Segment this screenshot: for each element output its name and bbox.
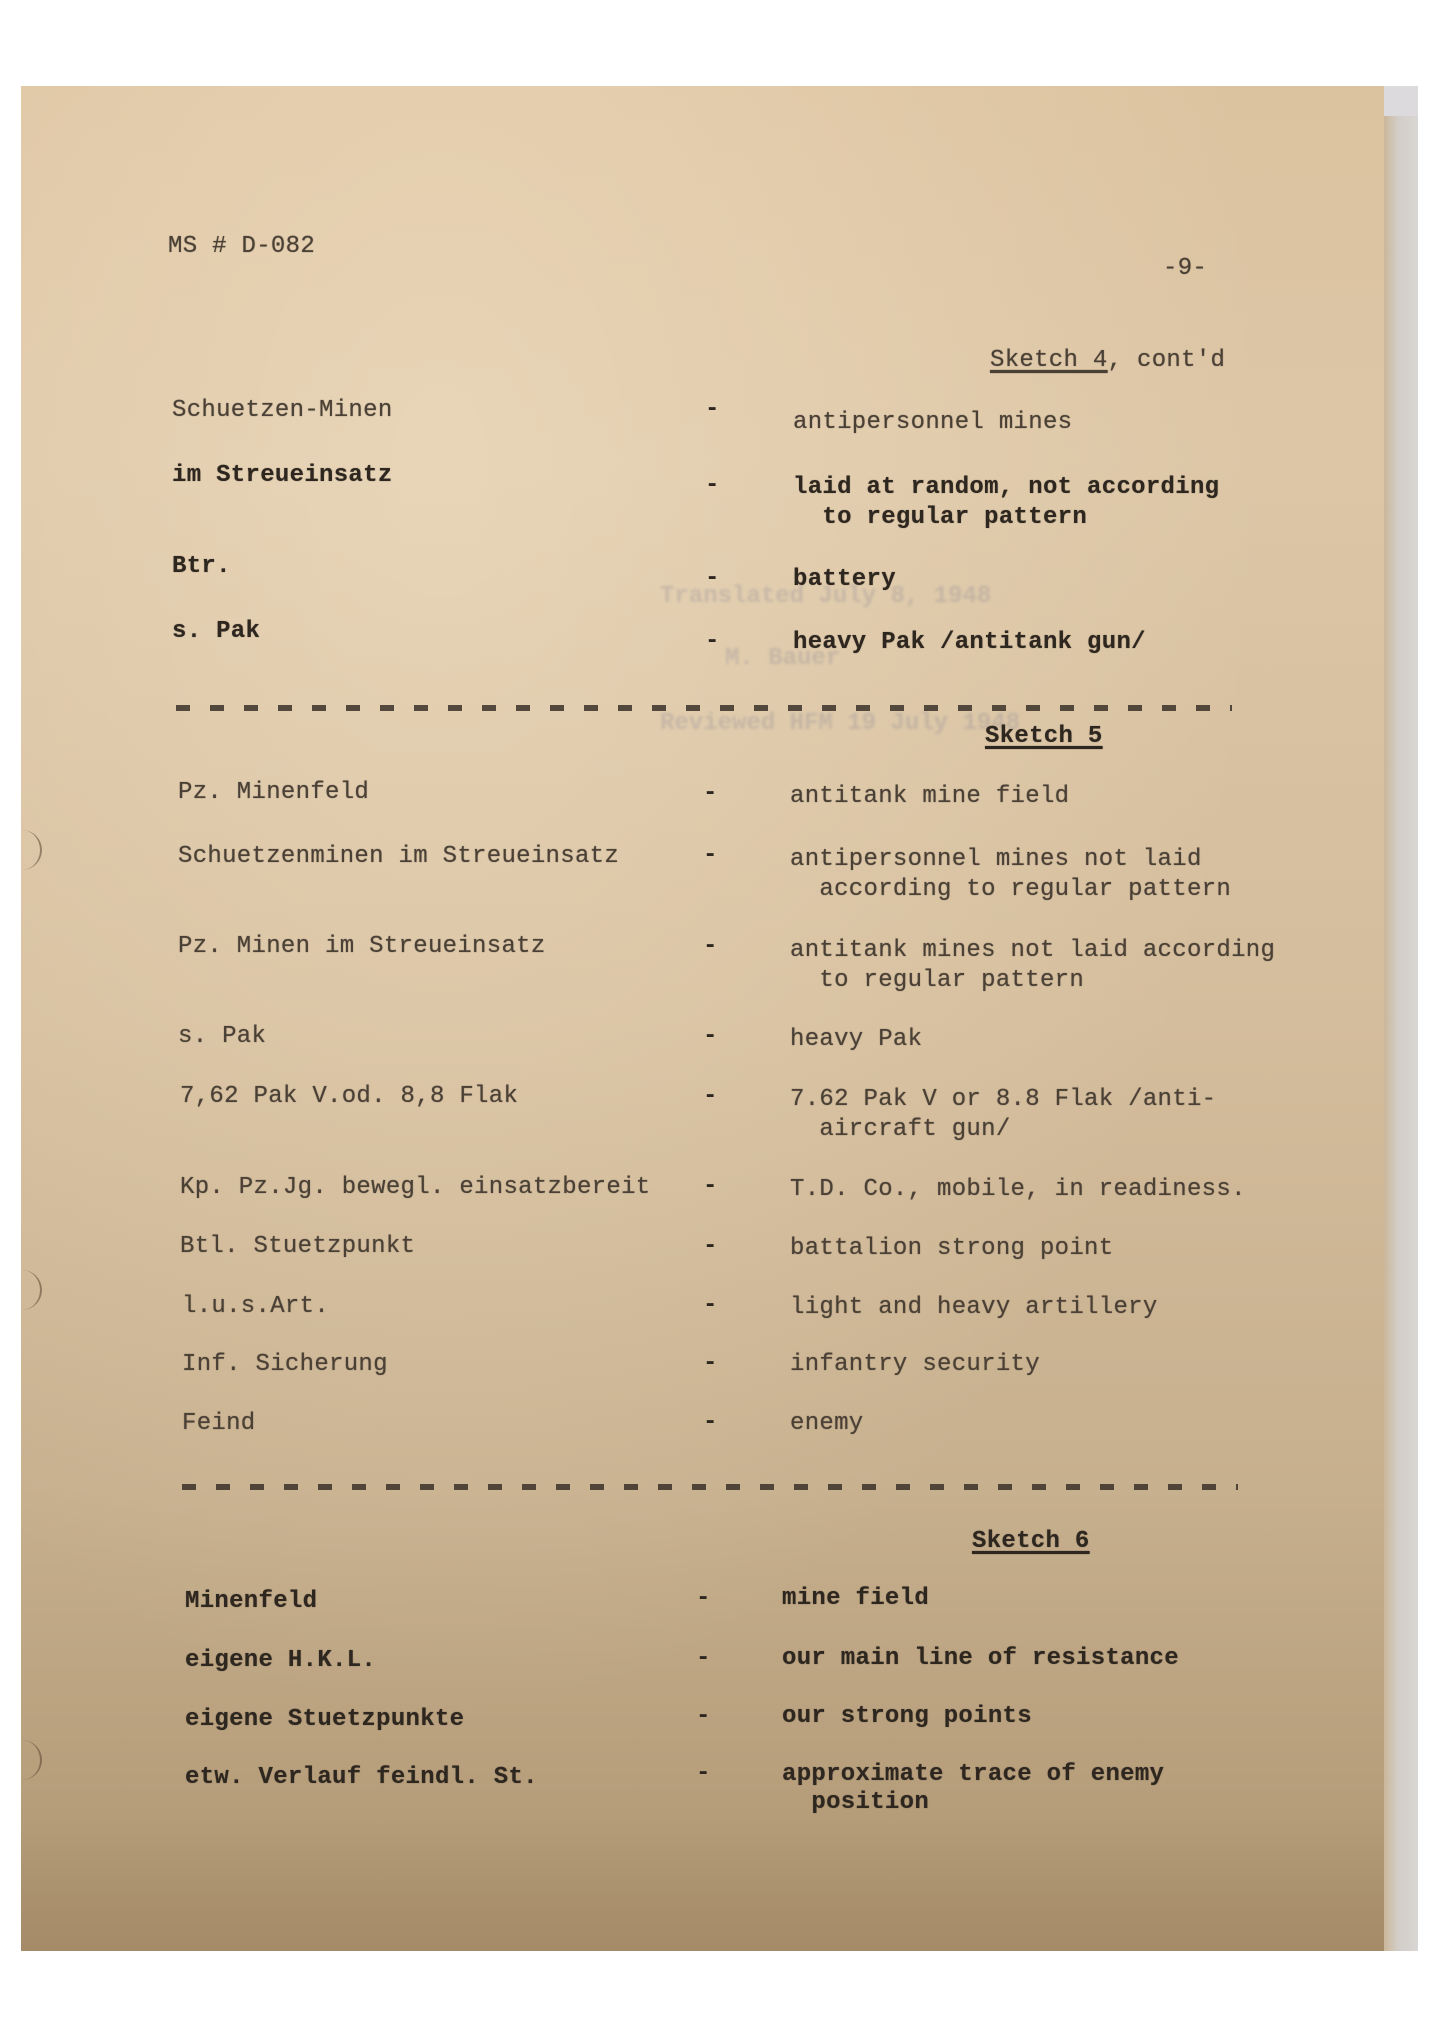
separator-dash: - bbox=[696, 1703, 710, 1730]
english-term-continuation: to regular pattern bbox=[790, 966, 1084, 996]
page-shading bbox=[21, 1811, 1418, 1951]
english-term: laid at random, not according bbox=[793, 473, 1219, 503]
manuscript-id: MS # D-082 bbox=[168, 232, 315, 262]
english-term: our main line of resistance bbox=[782, 1644, 1179, 1674]
page-number: -9- bbox=[1163, 254, 1207, 284]
page-corner bbox=[1384, 86, 1418, 116]
section-heading-suffix: , cont'd bbox=[1108, 347, 1226, 374]
separator-dash: - bbox=[696, 1645, 710, 1672]
separator-dash: - bbox=[703, 1292, 717, 1319]
english-term-continuation: aircraft gun/ bbox=[790, 1115, 1011, 1145]
section-heading-label: Sketch 6 bbox=[972, 1528, 1090, 1555]
separator-dash: - bbox=[705, 628, 719, 655]
german-term: Inf. Sicherung bbox=[182, 1350, 388, 1380]
english-term-continuation: to regular pattern bbox=[793, 503, 1087, 533]
german-term: eigene Stuetzpunkte bbox=[185, 1705, 464, 1735]
separator-dash: - bbox=[696, 1585, 710, 1612]
separator-dash: - bbox=[703, 1409, 717, 1436]
separator-dash: - bbox=[703, 1083, 717, 1110]
separator-dash: - bbox=[703, 780, 717, 807]
german-term: Pz. Minenfeld bbox=[178, 778, 369, 808]
german-term: Schuetzenminen im Streueinsatz bbox=[178, 842, 619, 872]
page-edge bbox=[1384, 86, 1418, 1951]
english-term: antipersonnel mines bbox=[793, 408, 1072, 438]
separator-dash: - bbox=[703, 1173, 717, 1200]
german-term: Pz. Minen im Streueinsatz bbox=[178, 932, 546, 962]
german-term: Btl. Stuetzpunkt bbox=[180, 1232, 415, 1262]
section-heading-sketch-4: Sketch 4, cont'd bbox=[990, 346, 1225, 376]
section-heading-label: Sketch 5 bbox=[985, 723, 1103, 750]
separator-dash: - bbox=[703, 1023, 717, 1050]
german-term: s. Pak bbox=[178, 1022, 266, 1052]
english-term: mine field bbox=[782, 1584, 929, 1614]
english-term: antipersonnel mines not laid bbox=[790, 845, 1202, 875]
german-term: im Streueinsatz bbox=[172, 461, 393, 491]
english-term: heavy Pak bbox=[790, 1025, 922, 1055]
english-term: infantry security bbox=[790, 1350, 1040, 1380]
english-term-continuation: position bbox=[782, 1788, 929, 1818]
section-heading-sketch-6: Sketch 6 bbox=[972, 1527, 1090, 1557]
separator-dash: - bbox=[696, 1760, 710, 1787]
section-divider bbox=[182, 1484, 1238, 1490]
english-term: light and heavy artillery bbox=[790, 1293, 1158, 1323]
separator-dash: - bbox=[705, 472, 719, 499]
separator-dash: - bbox=[705, 565, 719, 592]
german-term: Kp. Pz.Jg. bewegl. einsatzbereit bbox=[180, 1173, 650, 1203]
german-term: Btr. bbox=[172, 552, 231, 582]
german-term: eigene H.K.L. bbox=[185, 1646, 376, 1676]
separator-dash: - bbox=[703, 1233, 717, 1260]
english-term: battalion strong point bbox=[790, 1234, 1113, 1264]
english-term: approximate trace of enemy bbox=[782, 1760, 1164, 1790]
section-divider bbox=[176, 705, 1232, 711]
english-term: heavy Pak /antitank gun/ bbox=[793, 628, 1146, 658]
english-term: 7.62 Pak V or 8.8 Flak /anti- bbox=[790, 1085, 1216, 1115]
german-term: etw. Verlauf feindl. St. bbox=[185, 1763, 538, 1793]
english-term: our strong points bbox=[782, 1702, 1032, 1732]
english-term: battery bbox=[793, 565, 896, 595]
section-heading-label: Sketch 4 bbox=[990, 347, 1108, 374]
bleed-through-text: Reviewed HFM 19 July 1948 bbox=[660, 710, 1020, 737]
section-heading-sketch-5: Sketch 5 bbox=[985, 722, 1103, 752]
german-term: Feind bbox=[182, 1409, 256, 1439]
german-term: s. Pak bbox=[172, 617, 260, 647]
separator-dash: - bbox=[703, 842, 717, 869]
separator-dash: - bbox=[703, 933, 717, 960]
english-term-continuation: according to regular pattern bbox=[790, 875, 1231, 905]
german-term: Minenfeld bbox=[185, 1587, 317, 1617]
english-term: antitank mines not laid according bbox=[790, 936, 1275, 966]
german-term: 7,62 Pak V.od. 8,8 Flak bbox=[180, 1082, 518, 1112]
german-term: Schuetzen-Minen bbox=[172, 396, 393, 426]
separator-dash: - bbox=[703, 1350, 717, 1377]
separator-dash: - bbox=[705, 396, 719, 423]
english-term: antitank mine field bbox=[790, 782, 1069, 812]
english-term: enemy bbox=[790, 1409, 864, 1439]
german-term: l.u.s.Art. bbox=[182, 1292, 329, 1322]
english-term: T.D. Co., mobile, in readiness. bbox=[790, 1175, 1246, 1205]
